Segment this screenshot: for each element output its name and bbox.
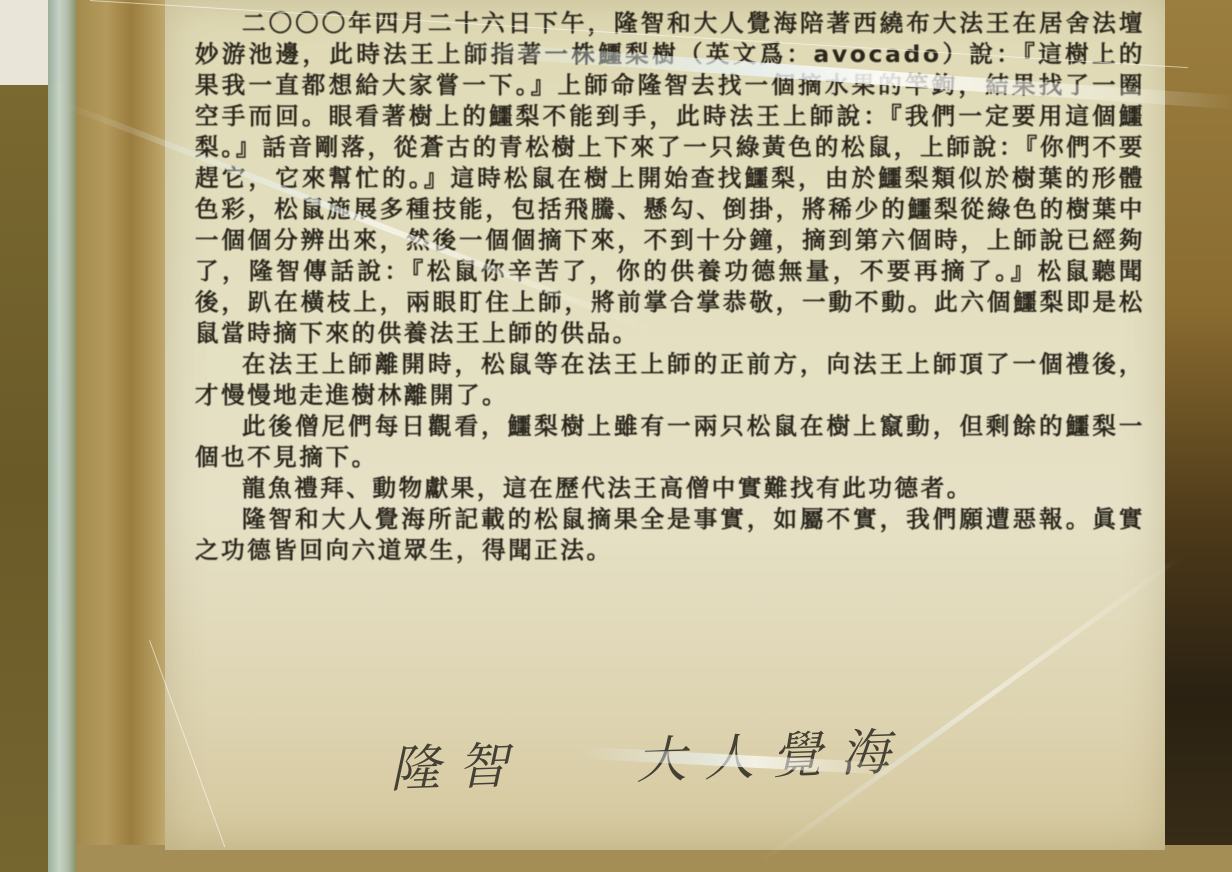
paragraph-4: 龍魚禮拜、動物獻果，這在歷代法王高僧中實難找有此功德者。 <box>195 473 1145 504</box>
wall-background-light <box>0 0 48 85</box>
paragraph-2: 在法王上師離開時，松鼠等在法王上師的正前方，向法王上師頂了一個禮後，才慢慢地走進… <box>195 349 1145 411</box>
notice-text: 二〇〇〇年四月二十六日下午，隆智和大人覺海陪著西繞布大法王在居舍法壇妙游池邊，此… <box>195 8 1145 566</box>
printed-notice: 二〇〇〇年四月二十六日下午，隆智和大人覺海陪著西繞布大法王在居舍法壇妙游池邊，此… <box>165 0 1165 850</box>
paragraph-5: 隆智和大人覺海所記載的松鼠摘果全是事實，如屬不實，我們願遭惡報。眞實之功德皆回向… <box>195 504 1145 566</box>
paragraph-3: 此後僧尼們每日觀看，鱷梨樹上雖有一兩只松鼠在樹上竄動，但剩餘的鱷梨一個也不見摘下… <box>195 411 1145 473</box>
signature-name-2: 大人覺海 <box>634 712 909 811</box>
glass-edge <box>48 0 76 872</box>
handwritten-signature: 隆智 大人覺海 <box>389 710 952 819</box>
signature-name-1: 隆智 <box>389 725 528 820</box>
paragraph-1: 二〇〇〇年四月二十六日下午，隆智和大人覺海陪著西繞布大法王在居舍法壇妙游池邊，此… <box>195 8 1145 349</box>
frame-left-border <box>76 0 176 872</box>
frame-right-border <box>1160 0 1232 872</box>
photo-scene: 二〇〇〇年四月二十六日下午，隆智和大人覺海陪著西繞布大法王在居舍法壇妙游池邊，此… <box>0 0 1232 872</box>
